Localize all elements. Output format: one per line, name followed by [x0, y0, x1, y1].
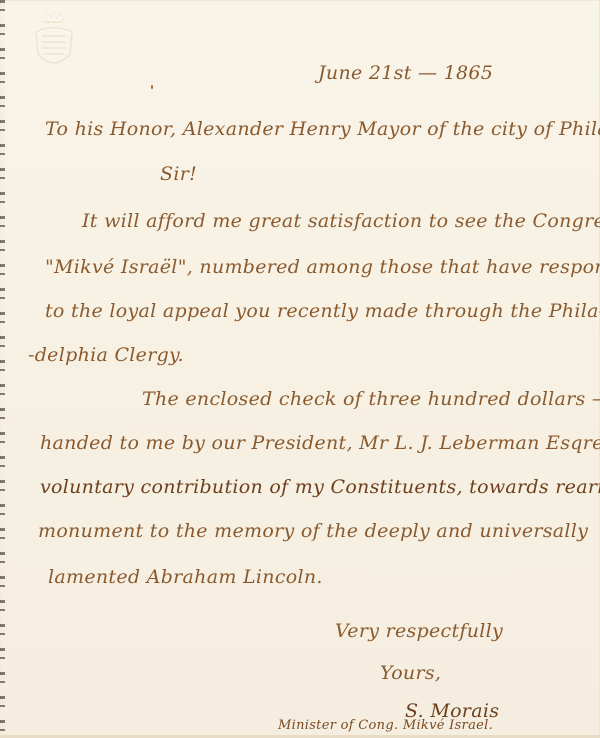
body-line-1: It will afford me great satisfaction to …	[82, 210, 600, 232]
body-line-4: -delphia Clergy.	[28, 344, 184, 366]
closing-yours: Yours,	[380, 662, 441, 684]
signature-title: Minister of Cong. Mikvé Israel.	[278, 718, 493, 733]
body-line-8: monument to the memory of the deeply and…	[38, 520, 588, 542]
body-line-3: to the loyal appeal you recently made th…	[45, 300, 600, 322]
letter-greeting: Sir!	[160, 163, 197, 185]
torn-left-edge	[0, 0, 5, 738]
letter-paper: June 21st — 1865 To his Honor, Alexander…	[0, 0, 600, 738]
body-line-6: handed to me by our President, Mr L. J. …	[40, 432, 600, 454]
body-line-5: The enclosed check of three hundred doll…	[142, 388, 600, 410]
letter-addressee: To his Honor, Alexander Henry Mayor of t…	[45, 118, 600, 140]
closing-line: Very respectfully	[335, 620, 503, 642]
ink-mark	[151, 85, 153, 89]
body-line-2: "Mikvé Israël", numbered among those tha…	[45, 256, 600, 278]
body-line-9: lamented Abraham Lincoln.	[48, 566, 323, 588]
letter-date: June 21st — 1865	[318, 62, 493, 84]
body-line-7: voluntary contribution of my Constituent…	[40, 476, 600, 498]
crown-crest-emboss-icon	[30, 10, 78, 78]
